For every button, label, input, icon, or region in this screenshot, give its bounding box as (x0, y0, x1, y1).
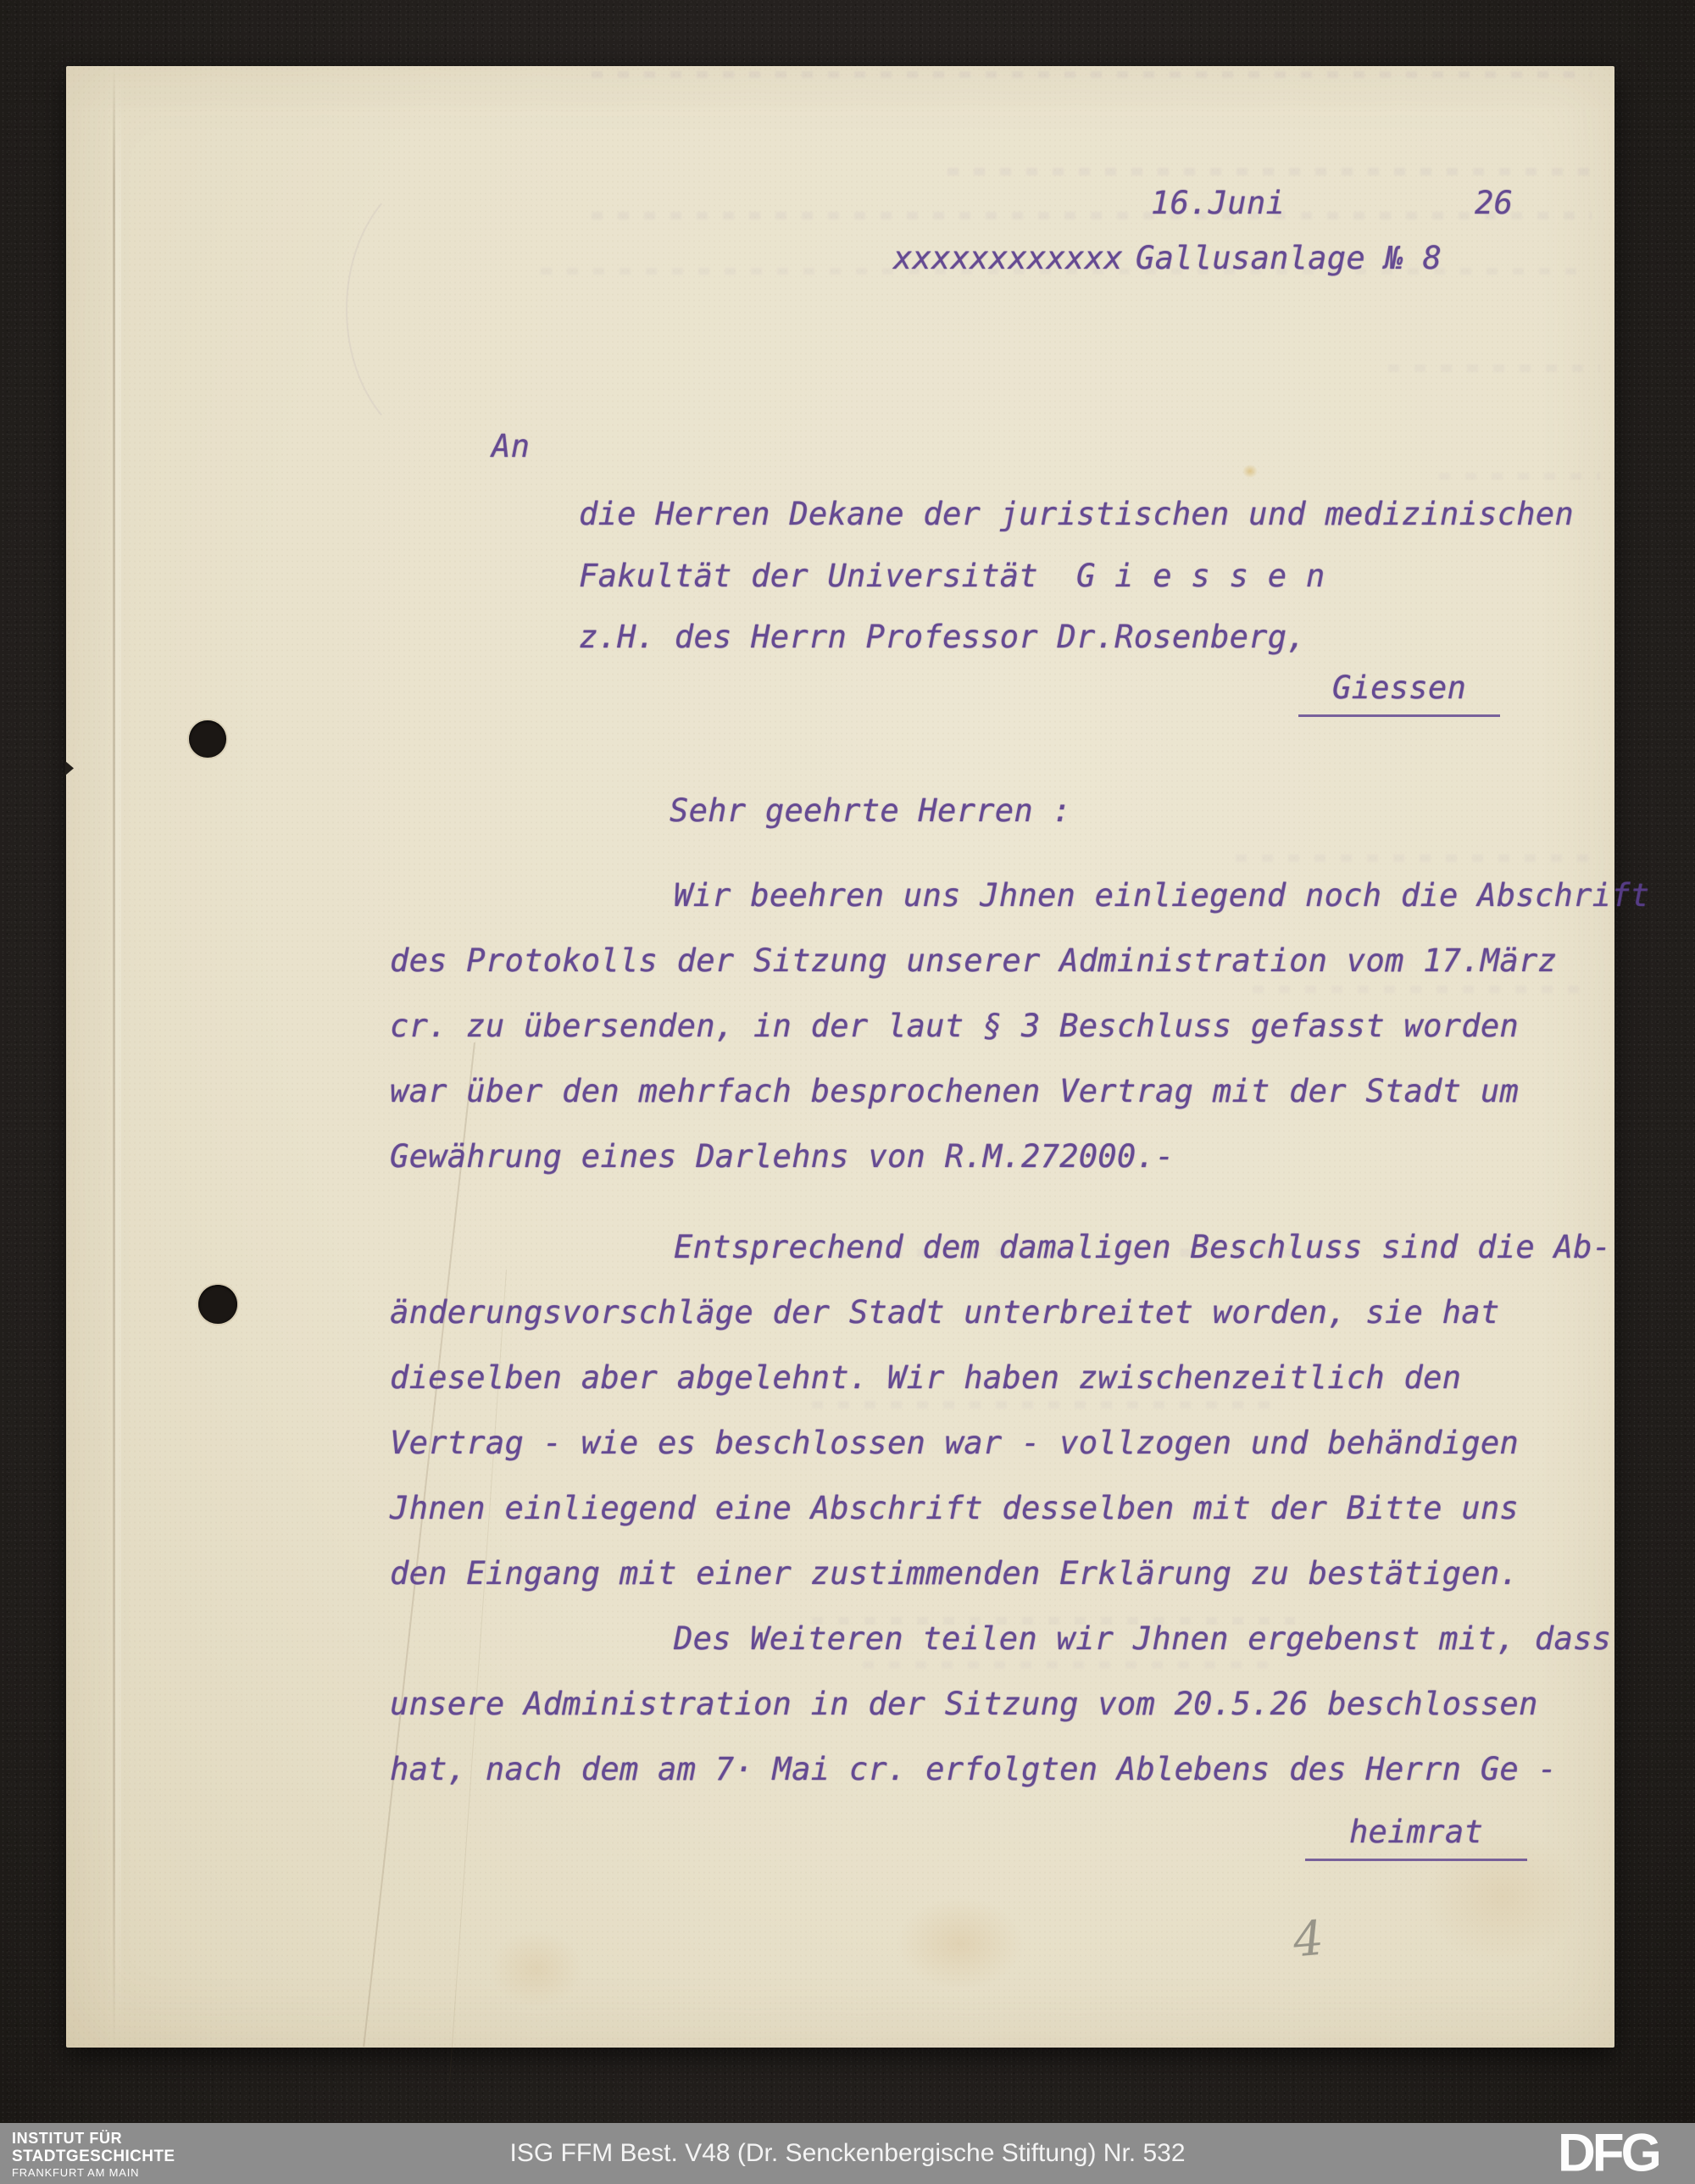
bleed-through-mark (948, 168, 1592, 175)
archive-reference-caption: ISG FFM Best. V48 (Dr. Senckenbergische … (509, 2139, 1185, 2168)
vertical-fold-highlight (115, 66, 121, 2048)
body-line: war über den mehrfach besprochenen Vertr… (390, 1073, 1519, 1110)
bleed-through-mark (812, 1401, 1278, 1409)
isg-logo-line2: STADTGESCHICHTE (12, 2148, 175, 2165)
dfg-logo: DFG (1558, 2122, 1659, 2184)
surface-scuff-mark (346, 168, 553, 451)
archival-scan: 16.Juni 26 xxxxxxxxxxxx Gallusanlage № 8… (0, 0, 1695, 2184)
punch-hole-bottom (198, 1285, 237, 1324)
paper-stain (1242, 464, 1258, 478)
paper-stain (490, 1931, 583, 2007)
body-line: Jhnen einliegend eine Abschrift desselbe… (390, 1490, 1519, 1527)
date-line: 16.Juni (1151, 185, 1285, 222)
bleed-through-mark (592, 212, 1592, 220)
body-line: Des Weiteren teilen wir Jhnen ergebenst … (674, 1620, 1611, 1658)
isg-logo: INSTITUT FÜR STADTGESCHICHTE FRANKFURT A… (12, 2131, 175, 2178)
bleed-through-mark (592, 71, 1592, 78)
letter-page: 16.Juni 26 xxxxxxxxxxxx Gallusanlage № 8… (66, 66, 1614, 2048)
punch-hole-top (189, 720, 226, 758)
body-line: Entsprechend dem damaligen Beschluss sin… (674, 1229, 1611, 1266)
recipient-line: Fakultät der Universität G i e s s e n (579, 558, 1325, 595)
body-line: Vertrag - wie es beschlossen war - vollz… (390, 1425, 1519, 1462)
address-intro: An (492, 428, 530, 465)
body-line: unsere Administration in der Sitzung vom… (390, 1686, 1538, 1723)
bleed-through-mark (1388, 364, 1600, 372)
body-line: cr. zu übersenden, in der laut § 3 Besch… (390, 1008, 1519, 1045)
greeting-line: Sehr geehrte Herren : (670, 792, 1071, 830)
paper-stain (897, 1897, 1024, 1990)
body-line: änderungsvorschläge der Stadt unterbreit… (390, 1294, 1499, 1331)
body-line: des Protokolls der Sitzung unserer Admin… (390, 942, 1557, 980)
recipient-line: die Herren Dekane der juristischen und m… (579, 496, 1574, 533)
bleed-through-mark (1253, 986, 1592, 993)
body-line: Wir beehren uns Jhnen einliegend noch di… (674, 877, 1649, 914)
bleed-through-mark (1439, 473, 1600, 480)
body-line: den Eingang mit einer zustimmenden Erklä… (390, 1555, 1519, 1592)
crossed-out-text: xxxxxxxxxxxx (893, 240, 1123, 277)
street-address: Gallusanlage № 8 (1136, 240, 1442, 277)
body-line: dieselben aber abgelehnt. Wir haben zwis… (390, 1359, 1461, 1397)
isg-logo-line1: INSTITUT FÜR (12, 2131, 175, 2146)
body-line: hat, nach dem am 7· Mai cr. erfolgten Ab… (390, 1751, 1557, 1788)
body-line: Gewährung eines Darlehns von R.M.272000.… (390, 1138, 1175, 1175)
archive-footer-bar: INSTITUT FÜR STADTGESCHICHTE FRANKFURT A… (0, 2123, 1695, 2184)
isg-logo-line3: FRANKFURT AM MAIN (12, 2167, 175, 2178)
bleed-through-mark (863, 1661, 1278, 1669)
pencil-page-number: 4 (1291, 1911, 1325, 1969)
recipient-city-underlined: Giessen (1298, 670, 1500, 717)
recipient-line: z.H. des Herrn Professor Dr.Rosenberg, (579, 619, 1306, 656)
catchword-underlined: heimrat (1305, 1814, 1527, 1861)
year-label: 26 (1475, 185, 1513, 222)
bleed-through-mark (1236, 854, 1592, 862)
